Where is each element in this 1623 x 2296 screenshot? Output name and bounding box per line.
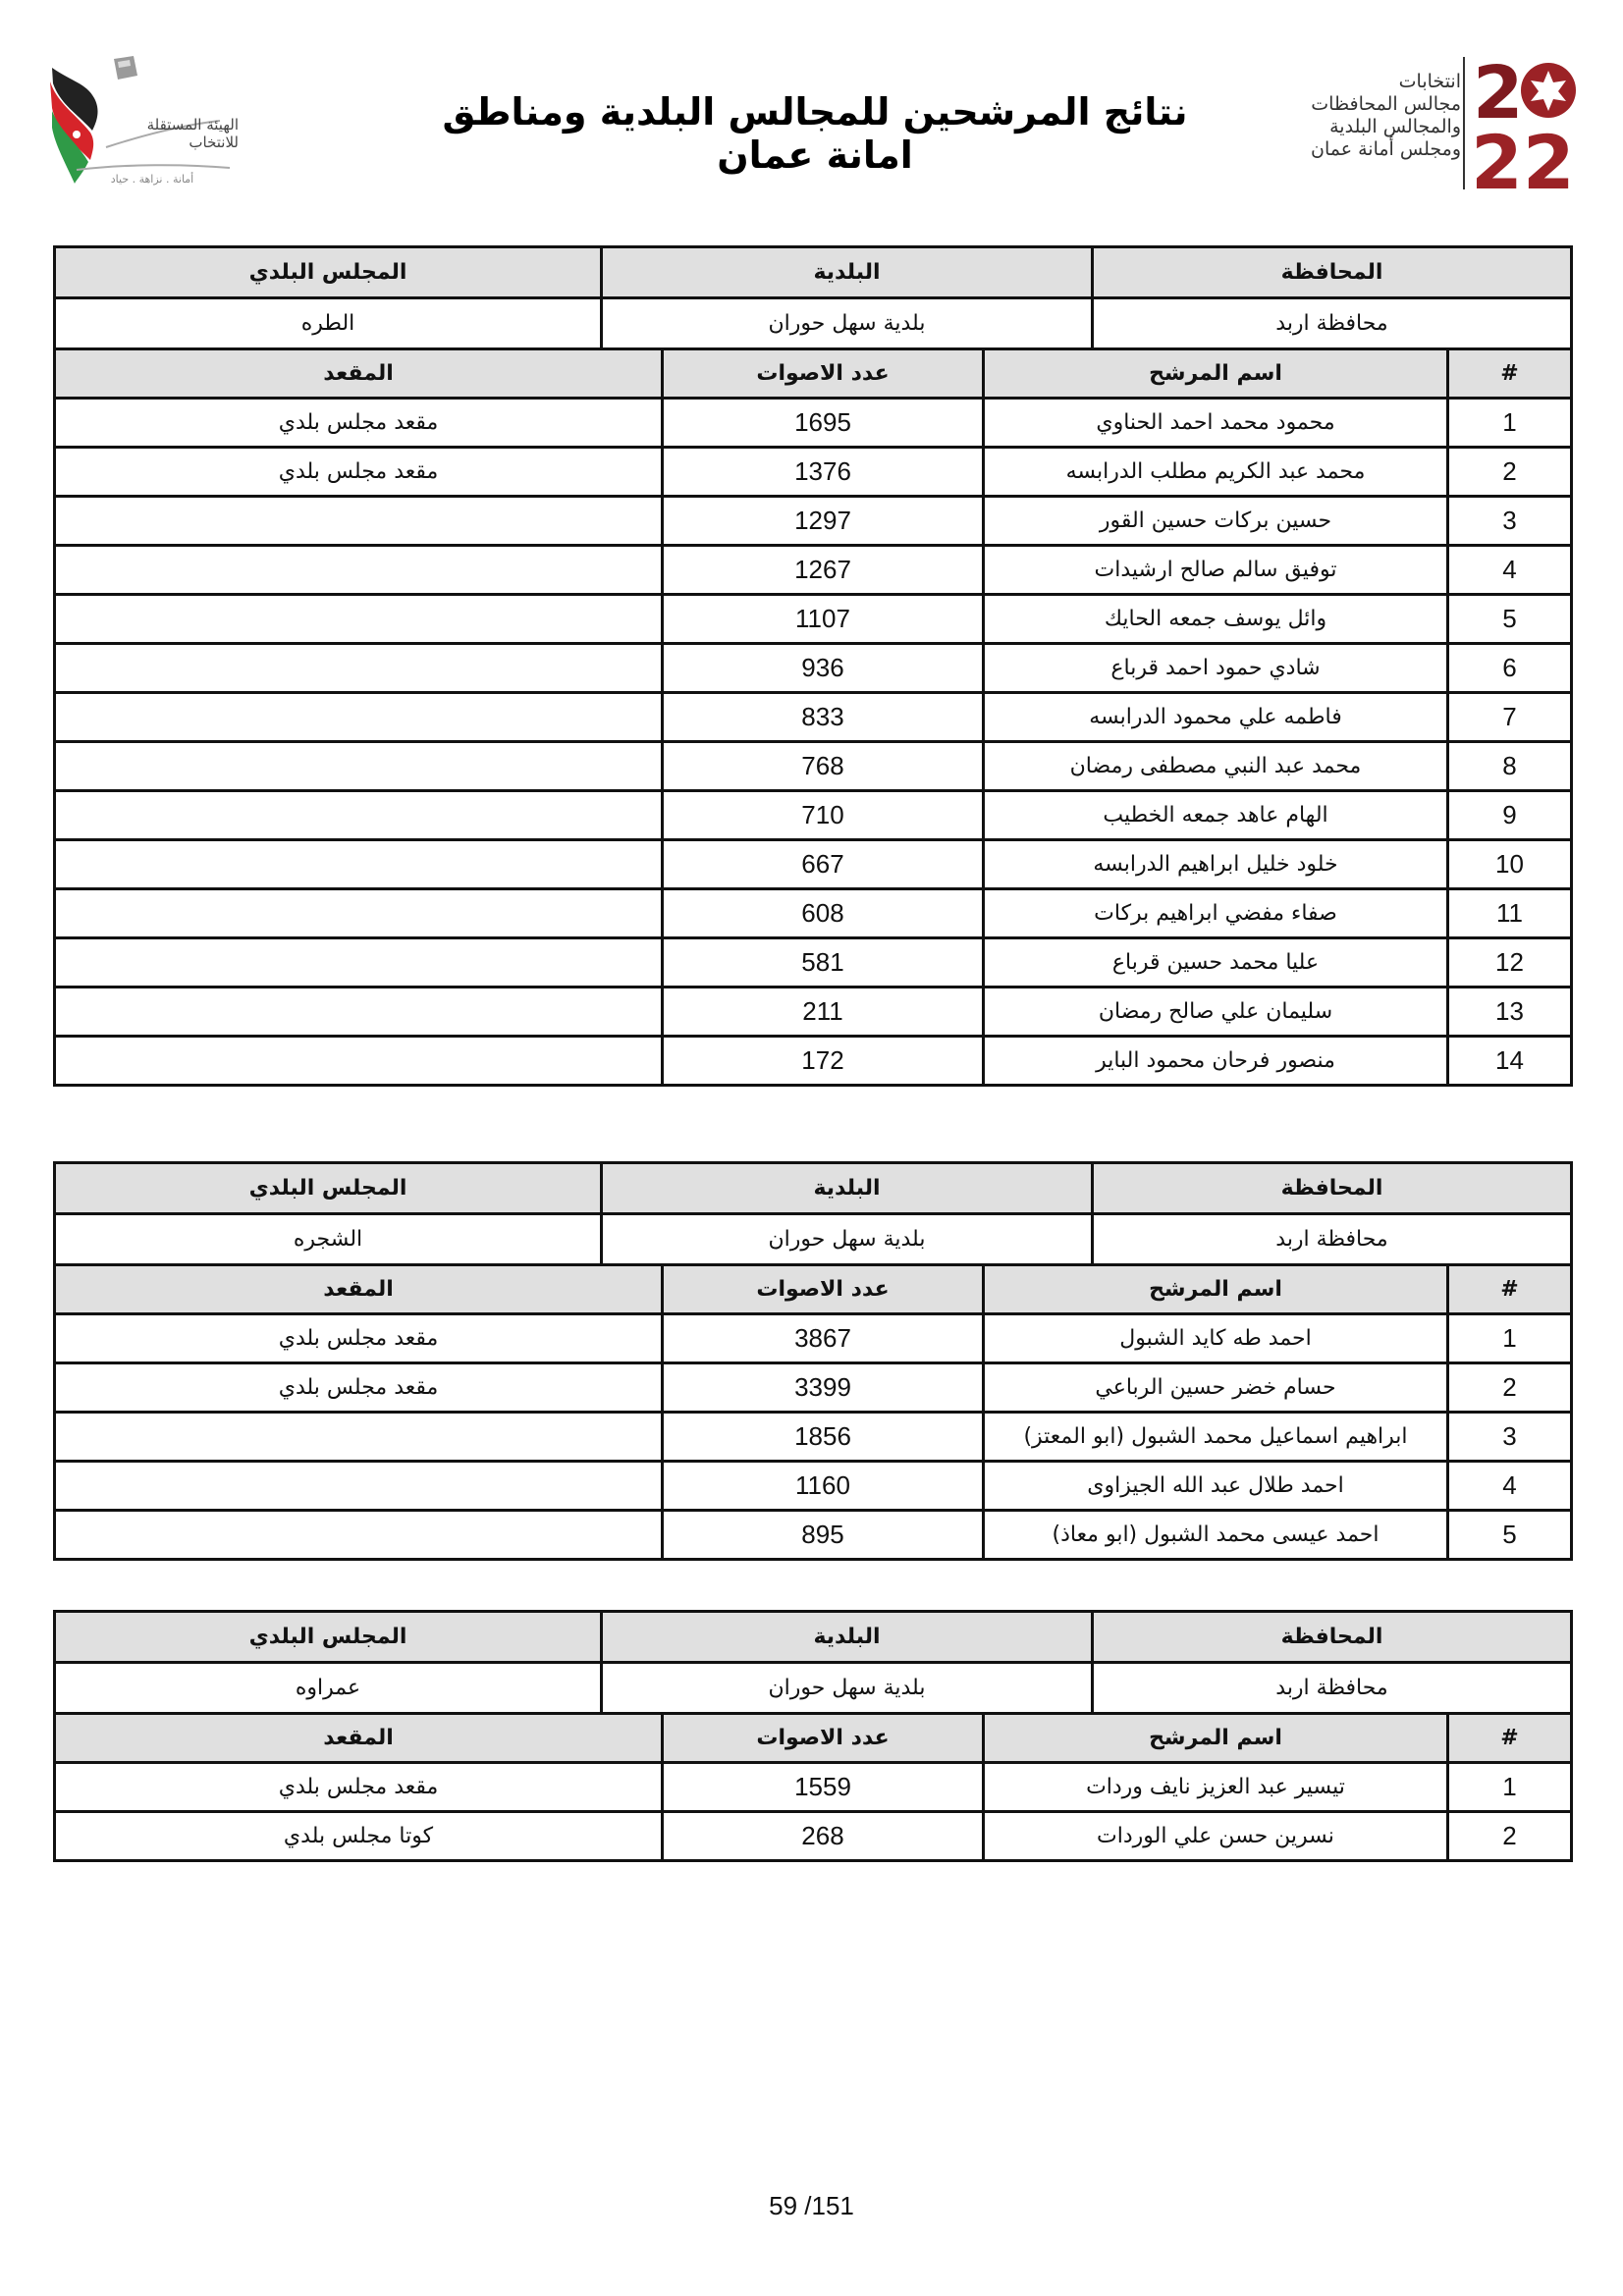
vote-count: 1376 xyxy=(663,448,984,497)
svg-text:22: 22 xyxy=(1471,119,1575,193)
vote-count: 608 xyxy=(663,889,984,938)
vote-count: 1160 xyxy=(663,1462,984,1511)
seat-type xyxy=(55,1462,663,1511)
table-row: 5وائل يوسف جمعه الحايك1107 xyxy=(55,595,1572,644)
vote-count: 895 xyxy=(663,1511,984,1560)
table-row: 13سليمان علي صالح رمضان211 xyxy=(55,988,1572,1037)
index-header: # xyxy=(1448,1265,1572,1314)
council-value: عمراوه xyxy=(55,1663,602,1714)
table-row: 3ابراهيم اسماعيل محمد الشبول (ابو المعتز… xyxy=(55,1413,1572,1462)
vote-count: 3399 xyxy=(663,1363,984,1413)
section-info-table: المحافظة البلدية المجلس البلدي محافظة ار… xyxy=(53,1161,1573,1266)
seat-type: كوتا مجلس بلدي xyxy=(55,1812,663,1861)
seat-type xyxy=(55,1511,663,1560)
table-row: 14منصور فرحان محمود الباير172 xyxy=(55,1037,1572,1086)
candidate-name-header: اسم المرشح xyxy=(984,349,1448,399)
council-value: الطره xyxy=(55,298,602,349)
council-header: المجلس البلدي xyxy=(55,1612,602,1663)
candidates-table: # اسم المرشح عدد الاصوات المقعد 1محمود م… xyxy=(53,347,1573,1087)
candidate-name: تيسير عبد العزيز نايف وردات xyxy=(984,1763,1448,1812)
table-row: 6شادي حمود احمد قرباع936 xyxy=(55,644,1572,693)
row-index: 2 xyxy=(1448,448,1572,497)
elections-logo-line1: انتخابات xyxy=(1294,71,1461,93)
seat-type xyxy=(55,1037,663,1086)
vote-count: 768 xyxy=(663,742,984,791)
seat-type xyxy=(55,889,663,938)
page-title: نتائج المرشحين للمجالس البلدية ومناطق ام… xyxy=(432,90,1198,177)
table-row: 1احمد طه كايد الشبول3867مقعد مجلس بلدي xyxy=(55,1314,1572,1363)
table-row: 4احمد طلال عبد الله الجيزاوى1160 xyxy=(55,1462,1572,1511)
municipality-value: بلدية سهل حوران xyxy=(602,298,1093,349)
candidate-name: محمد عبد النبي مصطفى رمضان xyxy=(984,742,1448,791)
seat-type xyxy=(55,693,663,742)
vote-count: 172 xyxy=(663,1037,984,1086)
candidate-name: عليا محمد حسين قرباع xyxy=(984,938,1448,988)
candidates-table: # اسم المرشح عدد الاصوات المقعد 1احمد طه… xyxy=(53,1263,1573,1561)
candidate-name: محمد عبد الكريم مطلب الدرابسه xyxy=(984,448,1448,497)
vote-count: 710 xyxy=(663,791,984,840)
row-index: 1 xyxy=(1448,1314,1572,1363)
vote-count: 1559 xyxy=(663,1763,984,1812)
table-row: 5احمد عيسى محمد الشبول (ابو معاذ)895 xyxy=(55,1511,1572,1560)
index-header: # xyxy=(1448,1714,1572,1763)
table-row: 9الهام عاهد جمعه الخطيب710 xyxy=(55,791,1572,840)
vote-count: 833 xyxy=(663,693,984,742)
row-index: 5 xyxy=(1448,595,1572,644)
governorate-value: محافظة اربد xyxy=(1093,1663,1572,1714)
seat-header: المقعد xyxy=(55,349,663,399)
seat-header: المقعد xyxy=(55,1714,663,1763)
candidate-name: فاطمه علي محمود الدرابسه xyxy=(984,693,1448,742)
elections-logo-line3: والمجالس البلدية xyxy=(1294,116,1461,138)
row-index: 8 xyxy=(1448,742,1572,791)
table-row: 1محمود محمد احمد الحناوي1695مقعد مجلس بل… xyxy=(55,399,1572,448)
candidates-table: # اسم المرشح عدد الاصوات المقعد 1تيسير ع… xyxy=(53,1712,1573,1862)
seat-type xyxy=(55,546,663,595)
seat-type xyxy=(55,791,663,840)
row-index: 9 xyxy=(1448,791,1572,840)
seat-header: المقعد xyxy=(55,1265,663,1314)
year-2022-logo-icon: 2 22 xyxy=(1471,51,1579,193)
seat-type: مقعد مجلس بلدي xyxy=(55,1363,663,1413)
municipality-value: بلدية سهل حوران xyxy=(602,1214,1093,1265)
iec-logo-line2: للانتخاب xyxy=(106,133,239,151)
index-header: # xyxy=(1448,349,1572,399)
vote-count: 936 xyxy=(663,644,984,693)
votes-header: عدد الاصوات xyxy=(663,349,984,399)
vote-count: 1297 xyxy=(663,497,984,546)
candidate-name: حسين بركات حسين القور xyxy=(984,497,1448,546)
row-index: 6 xyxy=(1448,644,1572,693)
results-section-2: المحافظة البلدية المجلس البلدي محافظة ار… xyxy=(53,1161,1570,1561)
vote-count: 1107 xyxy=(663,595,984,644)
table-row: 1تيسير عبد العزيز نايف وردات1559مقعد مجل… xyxy=(55,1763,1572,1812)
council-value: الشجره xyxy=(55,1214,602,1265)
row-index: 5 xyxy=(1448,1511,1572,1560)
table-row: 10خلود خليل ابراهيم الدرابسه667 xyxy=(55,840,1572,889)
iec-logo-motto: أمانة . نزاهة . حياد xyxy=(69,173,236,186)
seat-type xyxy=(55,1413,663,1462)
vote-count: 1856 xyxy=(663,1413,984,1462)
candidate-name: توفيق سالم صالح ارشيدات xyxy=(984,546,1448,595)
vote-count: 268 xyxy=(663,1812,984,1861)
elections-logo-divider xyxy=(1463,57,1465,189)
candidate-name: حسام خضر حسين الرباعي xyxy=(984,1363,1448,1413)
candidate-name: منصور فرحان محمود الباير xyxy=(984,1037,1448,1086)
candidate-name: شادي حمود احمد قرباع xyxy=(984,644,1448,693)
table-row: 3حسين بركات حسين القور1297 xyxy=(55,497,1572,546)
votes-header: عدد الاصوات xyxy=(663,1714,984,1763)
seat-type: مقعد مجلس بلدي xyxy=(55,1314,663,1363)
section-info-table: المحافظة البلدية المجلس البلدي محافظة ار… xyxy=(53,245,1573,350)
iec-logo-line1: الهيئة المستقلة xyxy=(106,116,239,133)
seat-type xyxy=(55,497,663,546)
candidate-name: الهام عاهد جمعه الخطيب xyxy=(984,791,1448,840)
table-row: 8محمد عبد النبي مصطفى رمضان768 xyxy=(55,742,1572,791)
seat-type xyxy=(55,644,663,693)
vote-count: 1267 xyxy=(663,546,984,595)
row-index: 7 xyxy=(1448,693,1572,742)
governorate-value: محافظة اربد xyxy=(1093,298,1572,349)
candidate-name: ابراهيم اسماعيل محمد الشبول (ابو المعتز) xyxy=(984,1413,1448,1462)
council-header: المجلس البلدي xyxy=(55,1163,602,1214)
municipality-header: البلدية xyxy=(602,1163,1093,1214)
page-header: الهيئة المستقلة للانتخاب أمانة . نزاهة .… xyxy=(0,0,1623,226)
row-index: 2 xyxy=(1448,1812,1572,1861)
municipality-value: بلدية سهل حوران xyxy=(602,1663,1093,1714)
table-row: 12عليا محمد حسين قرباع581 xyxy=(55,938,1572,988)
results-section-3: المحافظة البلدية المجلس البلدي محافظة ار… xyxy=(53,1610,1570,1862)
candidate-name: احمد عيسى محمد الشبول (ابو معاذ) xyxy=(984,1511,1448,1560)
row-index: 11 xyxy=(1448,889,1572,938)
elections-logo-line2: مجالس المحافظات xyxy=(1294,93,1461,116)
governorate-value: محافظة اربد xyxy=(1093,1214,1572,1265)
candidate-name: محمود محمد احمد الحناوي xyxy=(984,399,1448,448)
candidate-name: احمد طه كايد الشبول xyxy=(984,1314,1448,1363)
elections-logo-text: انتخابات مجالس المحافظات والمجالس البلدي… xyxy=(1294,71,1461,161)
governorate-header: المحافظة xyxy=(1093,1163,1572,1214)
votes-header: عدد الاصوات xyxy=(663,1265,984,1314)
section-info-table: المحافظة البلدية المجلس البلدي محافظة ار… xyxy=(53,1610,1573,1715)
row-index: 14 xyxy=(1448,1037,1572,1086)
candidate-name: صفاء مفضي ابراهيم بركات xyxy=(984,889,1448,938)
table-row: 4توفيق سالم صالح ارشيدات1267 xyxy=(55,546,1572,595)
governorate-header: المحافظة xyxy=(1093,247,1572,298)
candidate-name: سليمان علي صالح رمضان xyxy=(984,988,1448,1037)
page-number: 59 /151 xyxy=(0,2191,1623,2221)
candidate-name-header: اسم المرشح xyxy=(984,1265,1448,1314)
seat-type: مقعد مجلس بلدي xyxy=(55,399,663,448)
row-index: 1 xyxy=(1448,1763,1572,1812)
elections-logo-line4: ومجلس أمانة عمان xyxy=(1294,138,1461,161)
seat-type: مقعد مجلس بلدي xyxy=(55,448,663,497)
vote-count: 581 xyxy=(663,938,984,988)
table-row: 2حسام خضر حسين الرباعي3399مقعد مجلس بلدي xyxy=(55,1363,1572,1413)
row-index: 13 xyxy=(1448,988,1572,1037)
vote-count: 211 xyxy=(663,988,984,1037)
row-index: 2 xyxy=(1448,1363,1572,1413)
iec-logo-text: الهيئة المستقلة للانتخاب xyxy=(106,116,239,151)
seat-type xyxy=(55,988,663,1037)
vote-count: 3867 xyxy=(663,1314,984,1363)
governorate-header: المحافظة xyxy=(1093,1612,1572,1663)
municipality-header: البلدية xyxy=(602,247,1093,298)
row-index: 12 xyxy=(1448,938,1572,988)
candidate-name: نسرين حسن علي الوردات xyxy=(984,1812,1448,1861)
table-row: 2نسرين حسن علي الوردات268كوتا مجلس بلدي xyxy=(55,1812,1572,1861)
candidate-name: احمد طلال عبد الله الجيزاوى xyxy=(984,1462,1448,1511)
row-index: 4 xyxy=(1448,546,1572,595)
seat-type xyxy=(55,840,663,889)
candidate-name-header: اسم المرشح xyxy=(984,1714,1448,1763)
results-section-1: المحافظة البلدية المجلس البلدي محافظة ار… xyxy=(53,245,1570,1087)
row-index: 10 xyxy=(1448,840,1572,889)
row-index: 3 xyxy=(1448,1413,1572,1462)
council-header: المجلس البلدي xyxy=(55,247,602,298)
row-index: 1 xyxy=(1448,399,1572,448)
vote-count: 667 xyxy=(663,840,984,889)
vote-count: 1695 xyxy=(663,399,984,448)
table-row: 7فاطمه علي محمود الدرابسه833 xyxy=(55,693,1572,742)
seat-type xyxy=(55,742,663,791)
candidate-name: وائل يوسف جمعه الحايك xyxy=(984,595,1448,644)
table-row: 2محمد عبد الكريم مطلب الدرابسه1376مقعد م… xyxy=(55,448,1572,497)
seat-type: مقعد مجلس بلدي xyxy=(55,1763,663,1812)
seat-type xyxy=(55,938,663,988)
table-row: 11صفاء مفضي ابراهيم بركات608 xyxy=(55,889,1572,938)
municipality-header: البلدية xyxy=(602,1612,1093,1663)
seat-type xyxy=(55,595,663,644)
candidate-name: خلود خليل ابراهيم الدرابسه xyxy=(984,840,1448,889)
row-index: 3 xyxy=(1448,497,1572,546)
row-index: 4 xyxy=(1448,1462,1572,1511)
